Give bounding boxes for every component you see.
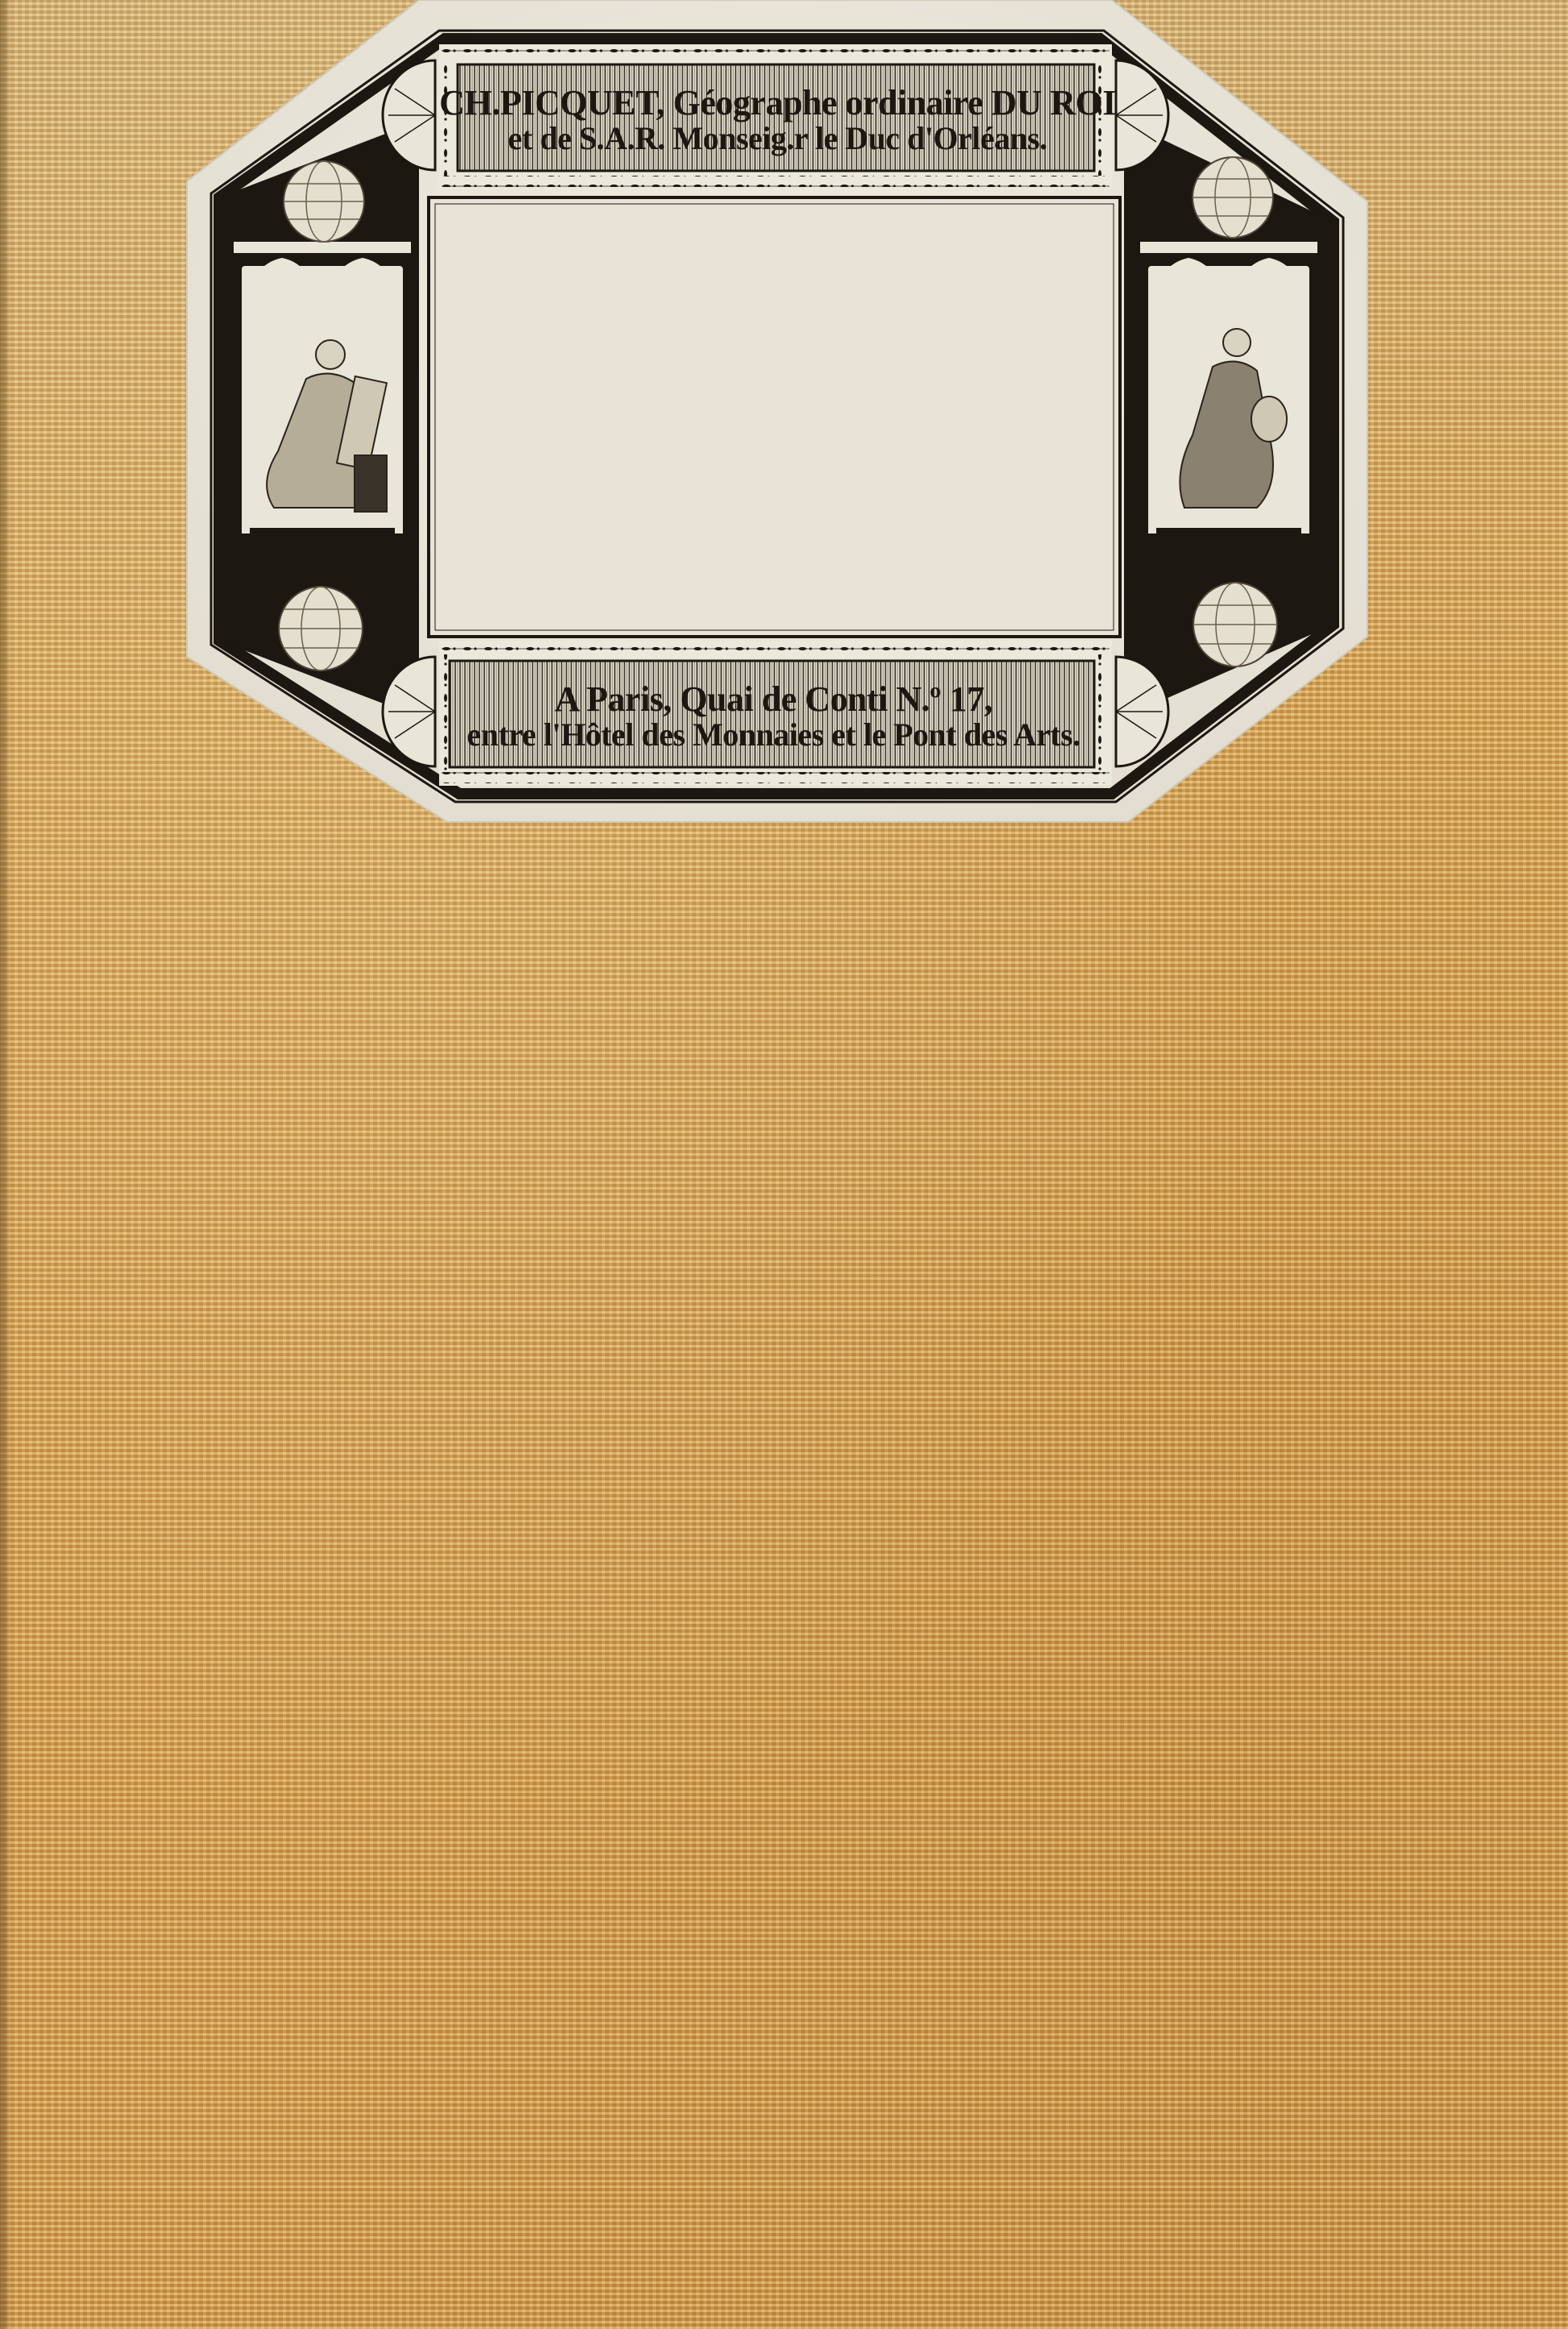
publisher-cartouche: CH.PICQUET, Géographe ordinaire DU ROI e… — [463, 71, 1092, 169]
address-line-1: A Paris, Quai de Conti N.º 17, — [554, 681, 992, 718]
publisher-line-2: et de S.A.R. Monseig.r le Duc d'Orléans. — [508, 122, 1047, 156]
publisher-line-1: CH.PICQUET, Géographe ordinaire DU ROI — [439, 85, 1116, 122]
address-cartouche: A Paris, Quai de Conti N.º 17, entre l'H… — [455, 667, 1092, 766]
address-line-2: entre l'Hôtel des Monnaies et le Pont de… — [467, 718, 1080, 752]
center-blank-panel — [429, 197, 1120, 637]
